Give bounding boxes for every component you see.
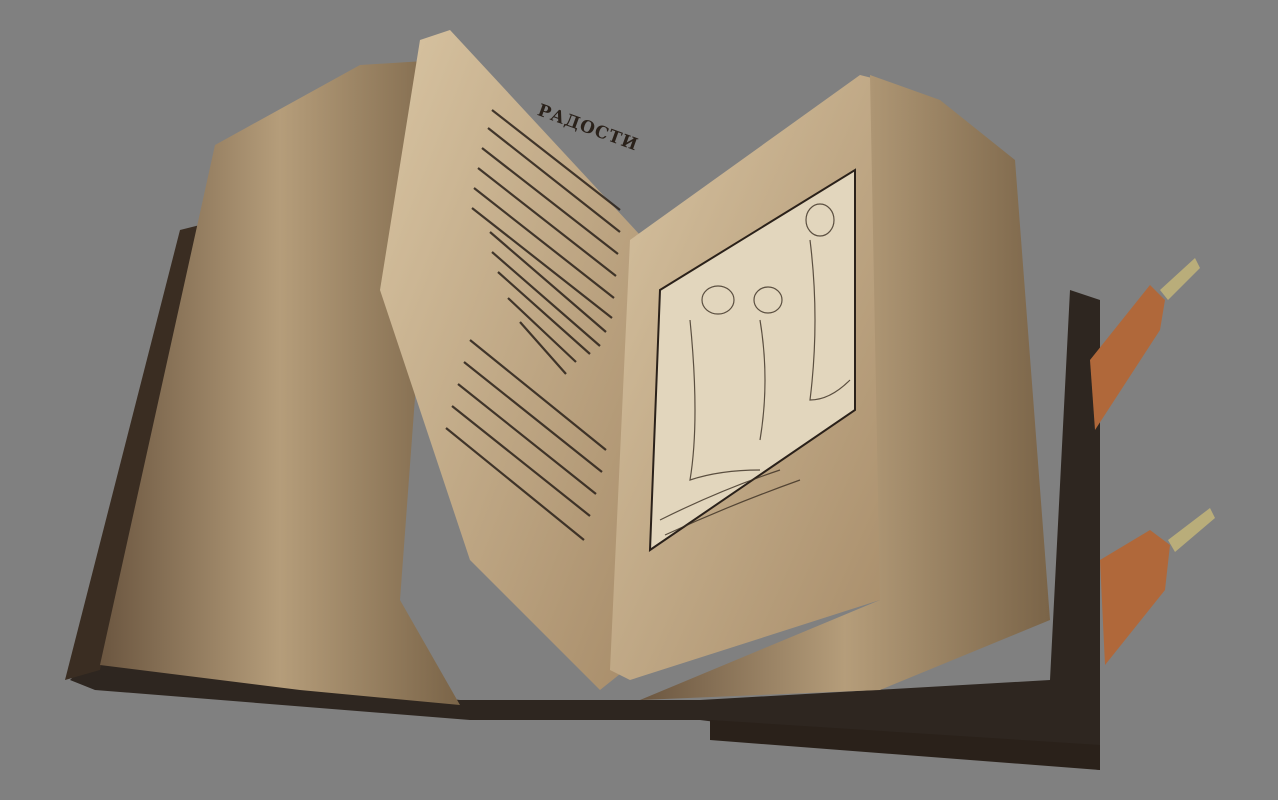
book-photo: РАДОСТИ bbox=[0, 0, 1278, 800]
book-illustration bbox=[0, 0, 1278, 800]
